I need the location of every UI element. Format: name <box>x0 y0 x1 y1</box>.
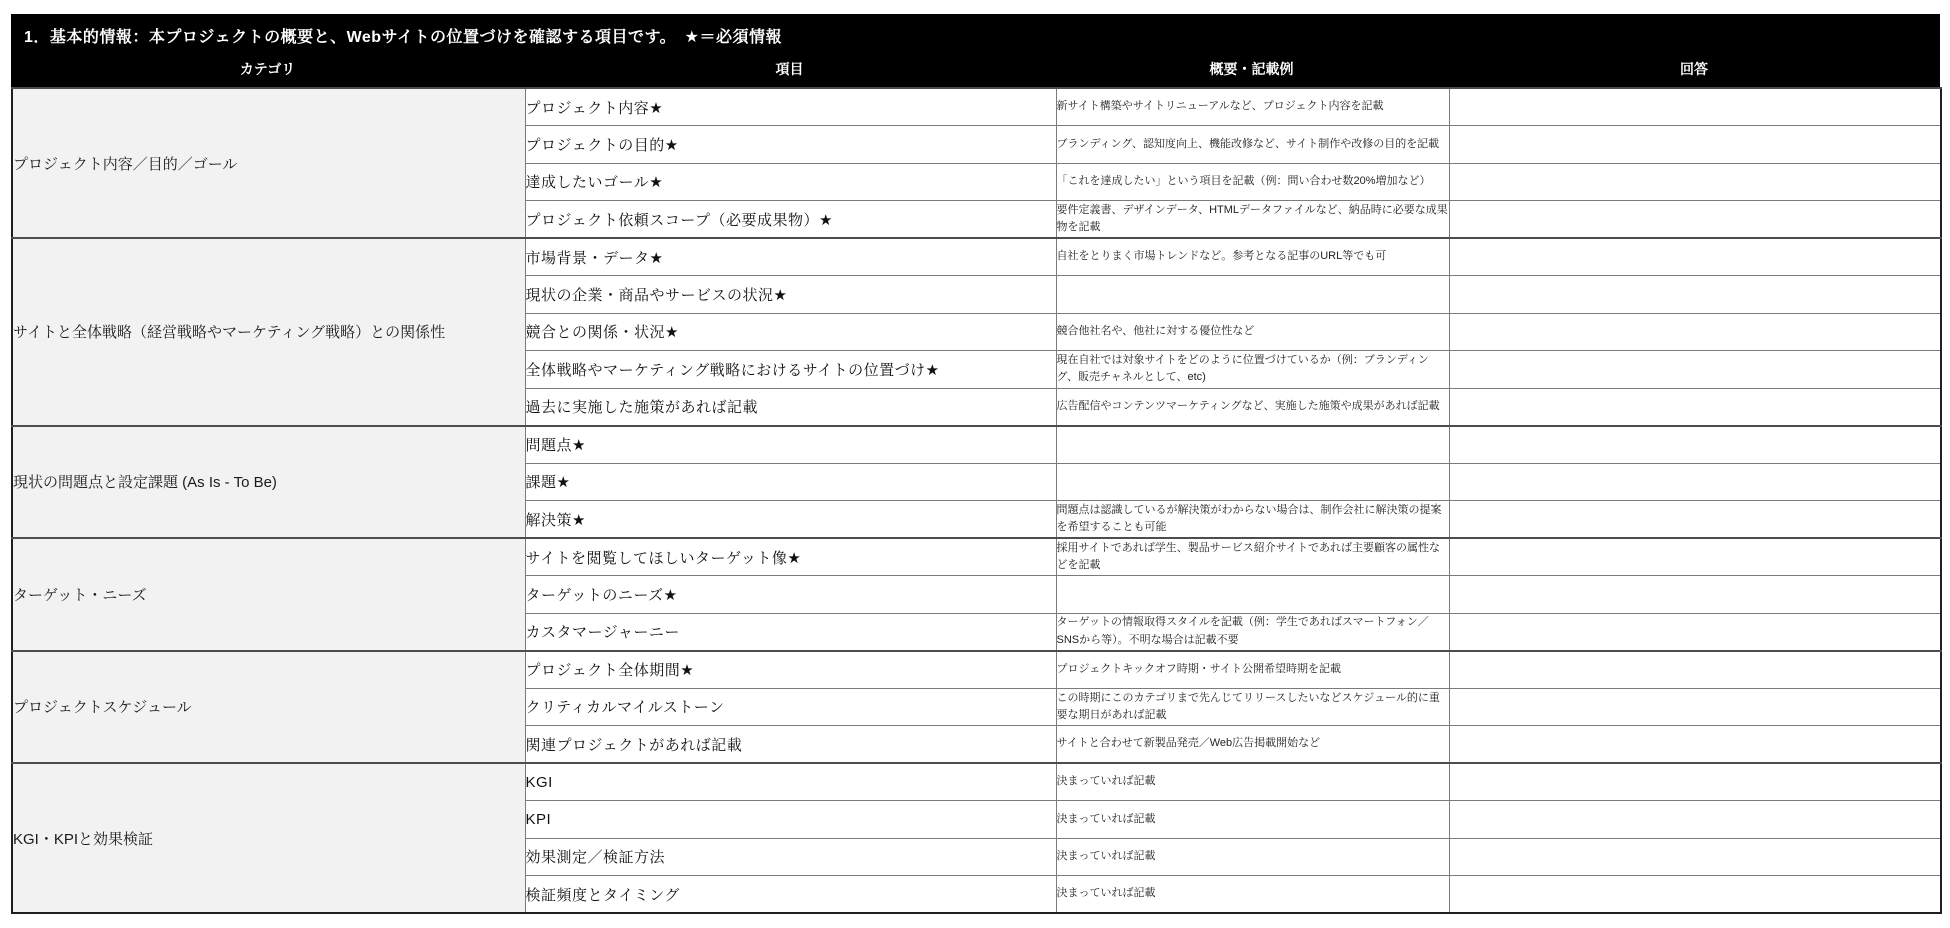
item-cell: 検証頻度とタイミング <box>525 876 1056 914</box>
item-cell: 現状の企業・商品やサービスの状況★ <box>525 276 1056 314</box>
description-cell: 決まっていれば記載 <box>1056 876 1449 914</box>
answer-cell[interactable] <box>1449 313 1941 351</box>
answer-cell[interactable] <box>1449 351 1941 389</box>
item-cell: 課題★ <box>525 463 1056 501</box>
item-cell: プロジェクト内容★ <box>525 88 1056 126</box>
category-cell: 現状の問題点と設定課題 (As Is - To Be) <box>12 426 525 539</box>
column-header-row: カテゴリ 項目 概要・記載例 回答 <box>11 53 1940 87</box>
description-cell: 「これを達成したい」という項目を記載（例：問い合わせ数20%増加など） <box>1056 163 1449 201</box>
item-cell: KGI <box>525 763 1056 801</box>
column-header-answer: 回答 <box>1448 59 1940 79</box>
item-cell: 達成したいゴール★ <box>525 163 1056 201</box>
answer-cell[interactable] <box>1449 201 1941 239</box>
description-cell: 決まっていれば記載 <box>1056 838 1449 876</box>
category-cell: ターゲット・ニーズ <box>12 538 525 651</box>
answer-cell[interactable] <box>1449 426 1941 464</box>
item-cell: 市場背景・データ★ <box>525 238 1056 276</box>
item-cell: KPI <box>525 801 1056 839</box>
category-cell: プロジェクト内容／目的／ゴール <box>12 88 525 238</box>
answer-cell[interactable] <box>1449 538 1941 576</box>
basic-info-sheet: 1．基本的情報：本プロジェクトの概要と、Webサイトの位置づけを確認する項目です… <box>11 14 1940 914</box>
description-cell: 決まっていれば記載 <box>1056 763 1449 801</box>
answer-cell[interactable] <box>1449 276 1941 314</box>
category-cell: プロジェクトスケジュール <box>12 651 525 764</box>
answer-cell[interactable] <box>1449 763 1941 801</box>
answer-cell[interactable] <box>1449 801 1941 839</box>
table-row: サイトと全体戦略（経営戦略やマーケティング戦略）との関係性市場背景・データ★自社… <box>12 238 1941 276</box>
category-cell: KGI・KPIと効果検証 <box>12 763 525 913</box>
section-title: 1．基本的情報：本プロジェクトの概要と、Webサイトの位置づけを確認する項目です… <box>11 14 1940 47</box>
description-cell: 現在自社では対象サイトをどのように位置づけているか（例：ブランディング、販売チャ… <box>1056 351 1449 389</box>
item-cell: サイトを閲覧してほしいターゲット像★ <box>525 538 1056 576</box>
answer-cell[interactable] <box>1449 576 1941 614</box>
sheet-header: 1．基本的情報：本プロジェクトの概要と、Webサイトの位置づけを確認する項目です… <box>11 14 1940 87</box>
answer-cell[interactable] <box>1449 388 1941 426</box>
category-cell: サイトと全体戦略（経営戦略やマーケティング戦略）との関係性 <box>12 238 525 426</box>
column-header-description: 概要・記載例 <box>1055 59 1448 79</box>
description-cell <box>1056 426 1449 464</box>
description-cell <box>1056 576 1449 614</box>
answer-cell[interactable] <box>1449 238 1941 276</box>
description-cell: 決まっていれば記載 <box>1056 801 1449 839</box>
item-cell: プロジェクトの目的★ <box>525 126 1056 164</box>
item-cell: ターゲットのニーズ★ <box>525 576 1056 614</box>
description-cell: この時期にこのカテゴリまで先んじてリリースしたいなどスケジュール的に重要な期日が… <box>1056 688 1449 726</box>
item-cell: 全体戦略やマーケティング戦略におけるサイトの位置づけ★ <box>525 351 1056 389</box>
description-cell: ターゲットの情報取得スタイルを記載（例：学生であればスマートフォン／SNSから等… <box>1056 613 1449 651</box>
description-cell <box>1056 276 1449 314</box>
answer-cell[interactable] <box>1449 126 1941 164</box>
item-cell: クリティカルマイルストーン <box>525 688 1056 726</box>
description-cell: 採用サイトであれば学生、製品サービス紹介サイトであれば主要顧客の属性などを記載 <box>1056 538 1449 576</box>
table-row: プロジェクト内容／目的／ゴールプロジェクト内容★新サイト構築やサイトリニューアル… <box>12 88 1941 126</box>
item-cell: 問題点★ <box>525 426 1056 464</box>
description-cell: 問題点は認識しているが解決策がわからない場合は、制作会社に解決策の提案を希望する… <box>1056 501 1449 539</box>
description-cell: 要件定義書、デザインデータ、HTMLデータファイルなど、納品時に必要な成果物を記… <box>1056 201 1449 239</box>
item-cell: 解決策★ <box>525 501 1056 539</box>
answer-cell[interactable] <box>1449 838 1941 876</box>
description-cell: プロジェクトキックオフ時期・サイト公開希望時期を記載 <box>1056 651 1449 689</box>
item-cell: 効果測定／検証方法 <box>525 838 1056 876</box>
item-cell: カスタマージャーニー <box>525 613 1056 651</box>
item-cell: 関連プロジェクトがあれば記載 <box>525 726 1056 764</box>
item-cell: プロジェクト依頼スコープ（必要成果物）★ <box>525 201 1056 239</box>
answer-cell[interactable] <box>1449 501 1941 539</box>
answer-cell[interactable] <box>1449 651 1941 689</box>
column-header-item: 項目 <box>524 59 1055 79</box>
description-cell: 競合他社名や、他社に対する優位性など <box>1056 313 1449 351</box>
description-cell <box>1056 463 1449 501</box>
answer-cell[interactable] <box>1449 163 1941 201</box>
description-cell: サイトと合わせて新製品発売／Web広告掲載開始など <box>1056 726 1449 764</box>
description-cell: ブランディング、認知度向上、機能改修など、サイト制作や改修の目的を記載 <box>1056 126 1449 164</box>
description-cell: 自社をとりまく市場トレンドなど。参考となる記事のURL等でも可 <box>1056 238 1449 276</box>
column-header-category: カテゴリ <box>11 59 524 79</box>
answer-cell[interactable] <box>1449 613 1941 651</box>
description-cell: 新サイト構築やサイトリニューアルなど、プロジェクト内容を記載 <box>1056 88 1449 126</box>
answer-cell[interactable] <box>1449 463 1941 501</box>
answer-cell[interactable] <box>1449 688 1941 726</box>
table-body: プロジェクト内容／目的／ゴールプロジェクト内容★新サイト構築やサイトリニューアル… <box>12 88 1941 913</box>
table-row: ターゲット・ニーズサイトを閲覧してほしいターゲット像★採用サイトであれば学生、製… <box>12 538 1941 576</box>
table-row: 現状の問題点と設定課題 (As Is - To Be)問題点★ <box>12 426 1941 464</box>
item-cell: 競合との関係・状況★ <box>525 313 1056 351</box>
answer-cell[interactable] <box>1449 726 1941 764</box>
answer-cell[interactable] <box>1449 88 1941 126</box>
table-row: KGI・KPIと効果検証KGI決まっていれば記載 <box>12 763 1941 801</box>
table-row: プロジェクトスケジュールプロジェクト全体期間★プロジェクトキックオフ時期・サイト… <box>12 651 1941 689</box>
item-cell: プロジェクト全体期間★ <box>525 651 1056 689</box>
description-cell: 広告配信やコンテンツマーケティングなど、実施した施策や成果があれば記載 <box>1056 388 1449 426</box>
answer-cell[interactable] <box>1449 876 1941 914</box>
requirements-table: プロジェクト内容／目的／ゴールプロジェクト内容★新サイト構築やサイトリニューアル… <box>11 87 1942 914</box>
item-cell: 過去に実施した施策があれば記載 <box>525 388 1056 426</box>
